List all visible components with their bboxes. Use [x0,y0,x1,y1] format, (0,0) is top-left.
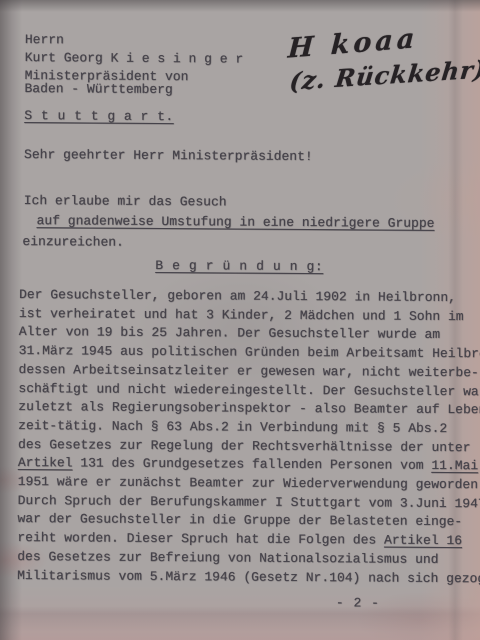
request-intro: Ich erlaube mir das Gesuch [24,192,227,211]
body-line: dessen Arbeitseinsatzleiter er gewesen w… [18,361,470,383]
body-text: Der Gesuchsteller, geboren am 24.Juli 19… [17,286,471,588]
text-segment: 131 des Grundgesetzes fallenden Personen… [72,456,431,474]
handwritten-note-line1: H koaa [287,23,419,65]
city-line: S t u t t g a r t. [24,107,174,126]
page-number: - 2 - [336,594,380,612]
text-segment: reiht worden. Dieser Spruch hat die Folg… [17,530,384,548]
text-segment: des Gesetzes zur Regelung der Rechtsverh… [18,437,471,455]
recipient-address: Herrn Kurt Georg K i e s i n g e r Minis… [24,31,243,100]
text-segment: Alter von 19 bis 25 Jahren. Der Gesuchst… [19,324,440,342]
text-segment: Durch Spruch der Berufungskammer I Stutt… [18,493,480,511]
body-line: Militarismus vom 5.März 1946 (Gesetz Nr.… [17,567,469,589]
text-segment: 31.März 1945 aus politischen Gründen bei… [19,343,480,361]
salutation: Sehr geehrter Herr Ministerpräsident! [24,146,313,166]
text-segment: des Gesetzes zur Befreiung von Nationals… [17,549,438,567]
text-segment: ist verheiratet und hat 3 Kinder, 2 Mädc… [19,306,464,324]
underlined-text: Artikel 16 [384,533,462,549]
underlined-text: 11.Mai [431,458,478,473]
address-line: Baden - Württemberg [24,80,243,100]
section-heading: B e g r ü n d u n g: [155,257,323,276]
text-segment: Der Gesuchsteller, geboren am 24.Juli 19… [19,287,456,305]
text-segment: zeit-tätig. Nach § 63 Abs.2 in Verbindun… [18,418,447,436]
scanned-letter-page: Herrn Kurt Georg K i e s i n g e r Minis… [0,0,480,640]
text-segment: zuletzt als Regierungsoberinspektor - al… [18,399,480,417]
text-segment: schäftigt und nicht wiedereingestellt. D… [18,381,480,399]
request-underlined: auf gnadenweise Umstufung in eine niedri… [37,212,435,233]
page-content: Herrn Kurt Georg K i e s i n g e r Minis… [0,0,480,640]
text-segment: 1951 wäre er zunächst Beamter zur Wieder… [18,474,480,492]
body-line: des Gesetzes zur Befreiung von Nationals… [17,548,469,570]
request-closing: einzureichen. [22,233,124,252]
text-segment: dessen Arbeitseinsatzleiter er gewesen w… [19,362,479,380]
address-line: Herrn [25,31,244,51]
address-line: Kurt Georg K i e s i n g e r [25,49,244,69]
text-segment: war der Gesuchsteller in die Gruppe der … [17,511,462,529]
underlined-text: Artikel [18,455,73,470]
text-segment: Militarismus vom 5.März 1946 (Gesetz Nr.… [17,568,480,586]
